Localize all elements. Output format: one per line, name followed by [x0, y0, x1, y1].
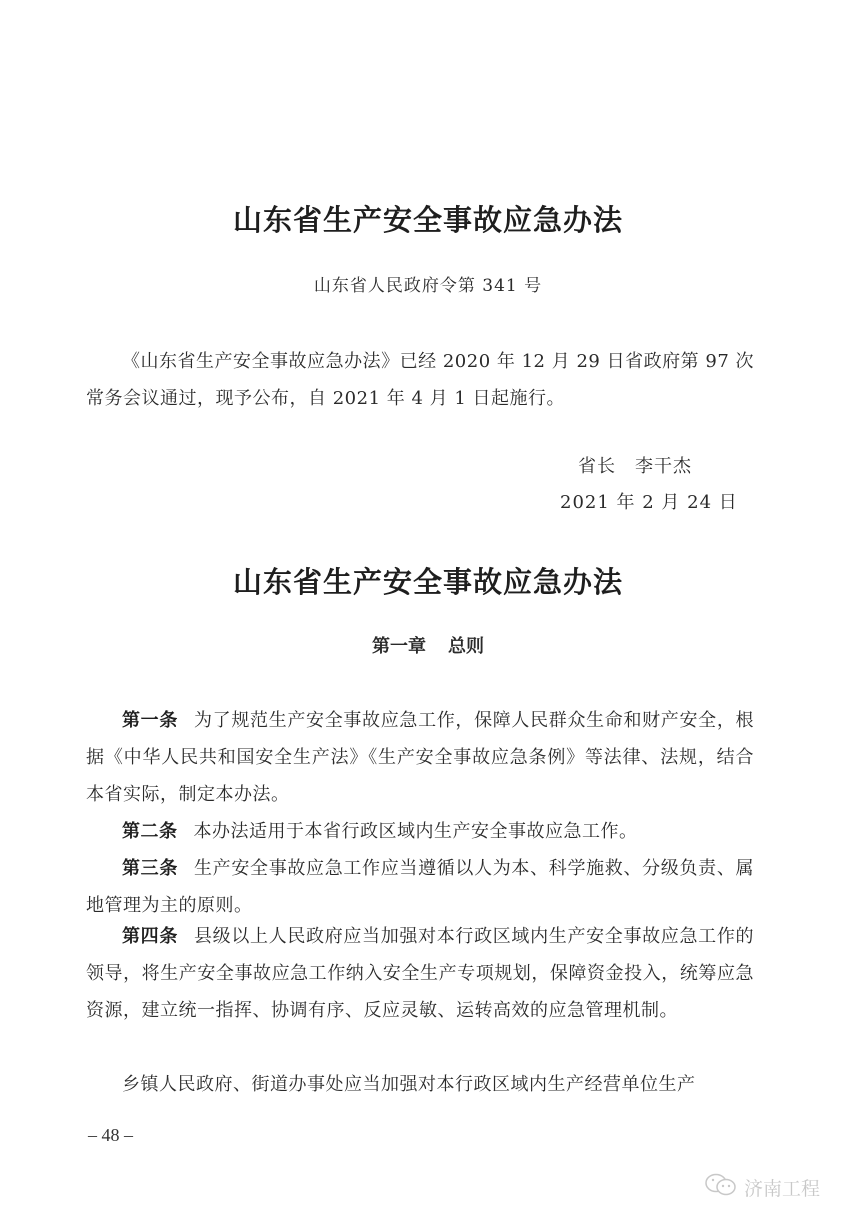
chapter-name: 总则	[448, 636, 484, 657]
article-label: 第四条	[122, 926, 178, 947]
order-number: 山东省人民政府令第 341 号	[0, 271, 856, 296]
article-label: 第三条	[122, 858, 178, 879]
document-header-title: 山东省生产安全事故应急办法	[0, 198, 856, 239]
page-number: – 48 –	[88, 1125, 133, 1146]
article-1: 第一条为了规范生产安全事故应急工作，保障人民群众生命和财产安全，根据《中华人民共…	[86, 702, 754, 813]
watermark-text: 济南工程	[744, 1174, 820, 1201]
article-2: 第二条本办法适用于本省行政区域内生产安全事故应急工作。	[86, 813, 754, 850]
article-label: 第二条	[122, 821, 178, 842]
article-4: 第四条县级以上人民政府应当加强对本行政区域内生产安全事故应急工作的领导，将生产安…	[86, 918, 754, 1029]
chapter-heading: 第一章总则	[0, 632, 856, 658]
continuation-paragraph: 乡镇人民政府、街道办事处应当加强对本行政区域内生产经营单位生产	[86, 1066, 754, 1103]
body-title: 山东省生产安全事故应急办法	[0, 560, 856, 601]
article-text: 本办法适用于本省行政区域内生产安全事故应急工作。	[194, 821, 638, 842]
signing-date: 2021 年 2 月 24 日	[560, 488, 738, 514]
article-text: 县级以上人民政府应当加强对本行政区域内生产安全事故应急工作的领导，将生产安全事故…	[86, 926, 754, 1021]
article-label: 第一条	[122, 710, 178, 731]
wechat-icon	[704, 1172, 738, 1203]
chapter-number: 第一章	[372, 636, 426, 657]
article-3: 第三条生产安全事故应急工作应当遵循以人为本、科学施救、分级负责、属地管理为主的原…	[86, 850, 754, 924]
signatory: 省长 李干杰	[578, 452, 692, 478]
watermark: 济南工程	[704, 1172, 820, 1203]
article-text: 生产安全事故应急工作应当遵循以人为本、科学施救、分级负责、属地管理为主的原则。	[86, 858, 754, 916]
promulgation-paragraph: 《山东省生产安全事故应急办法》已经 2020 年 12 月 29 日省政府第 9…	[86, 343, 754, 417]
article-text: 为了规范生产安全事故应急工作，保障人民群众生命和财产安全，根据《中华人民共和国安…	[86, 710, 754, 805]
